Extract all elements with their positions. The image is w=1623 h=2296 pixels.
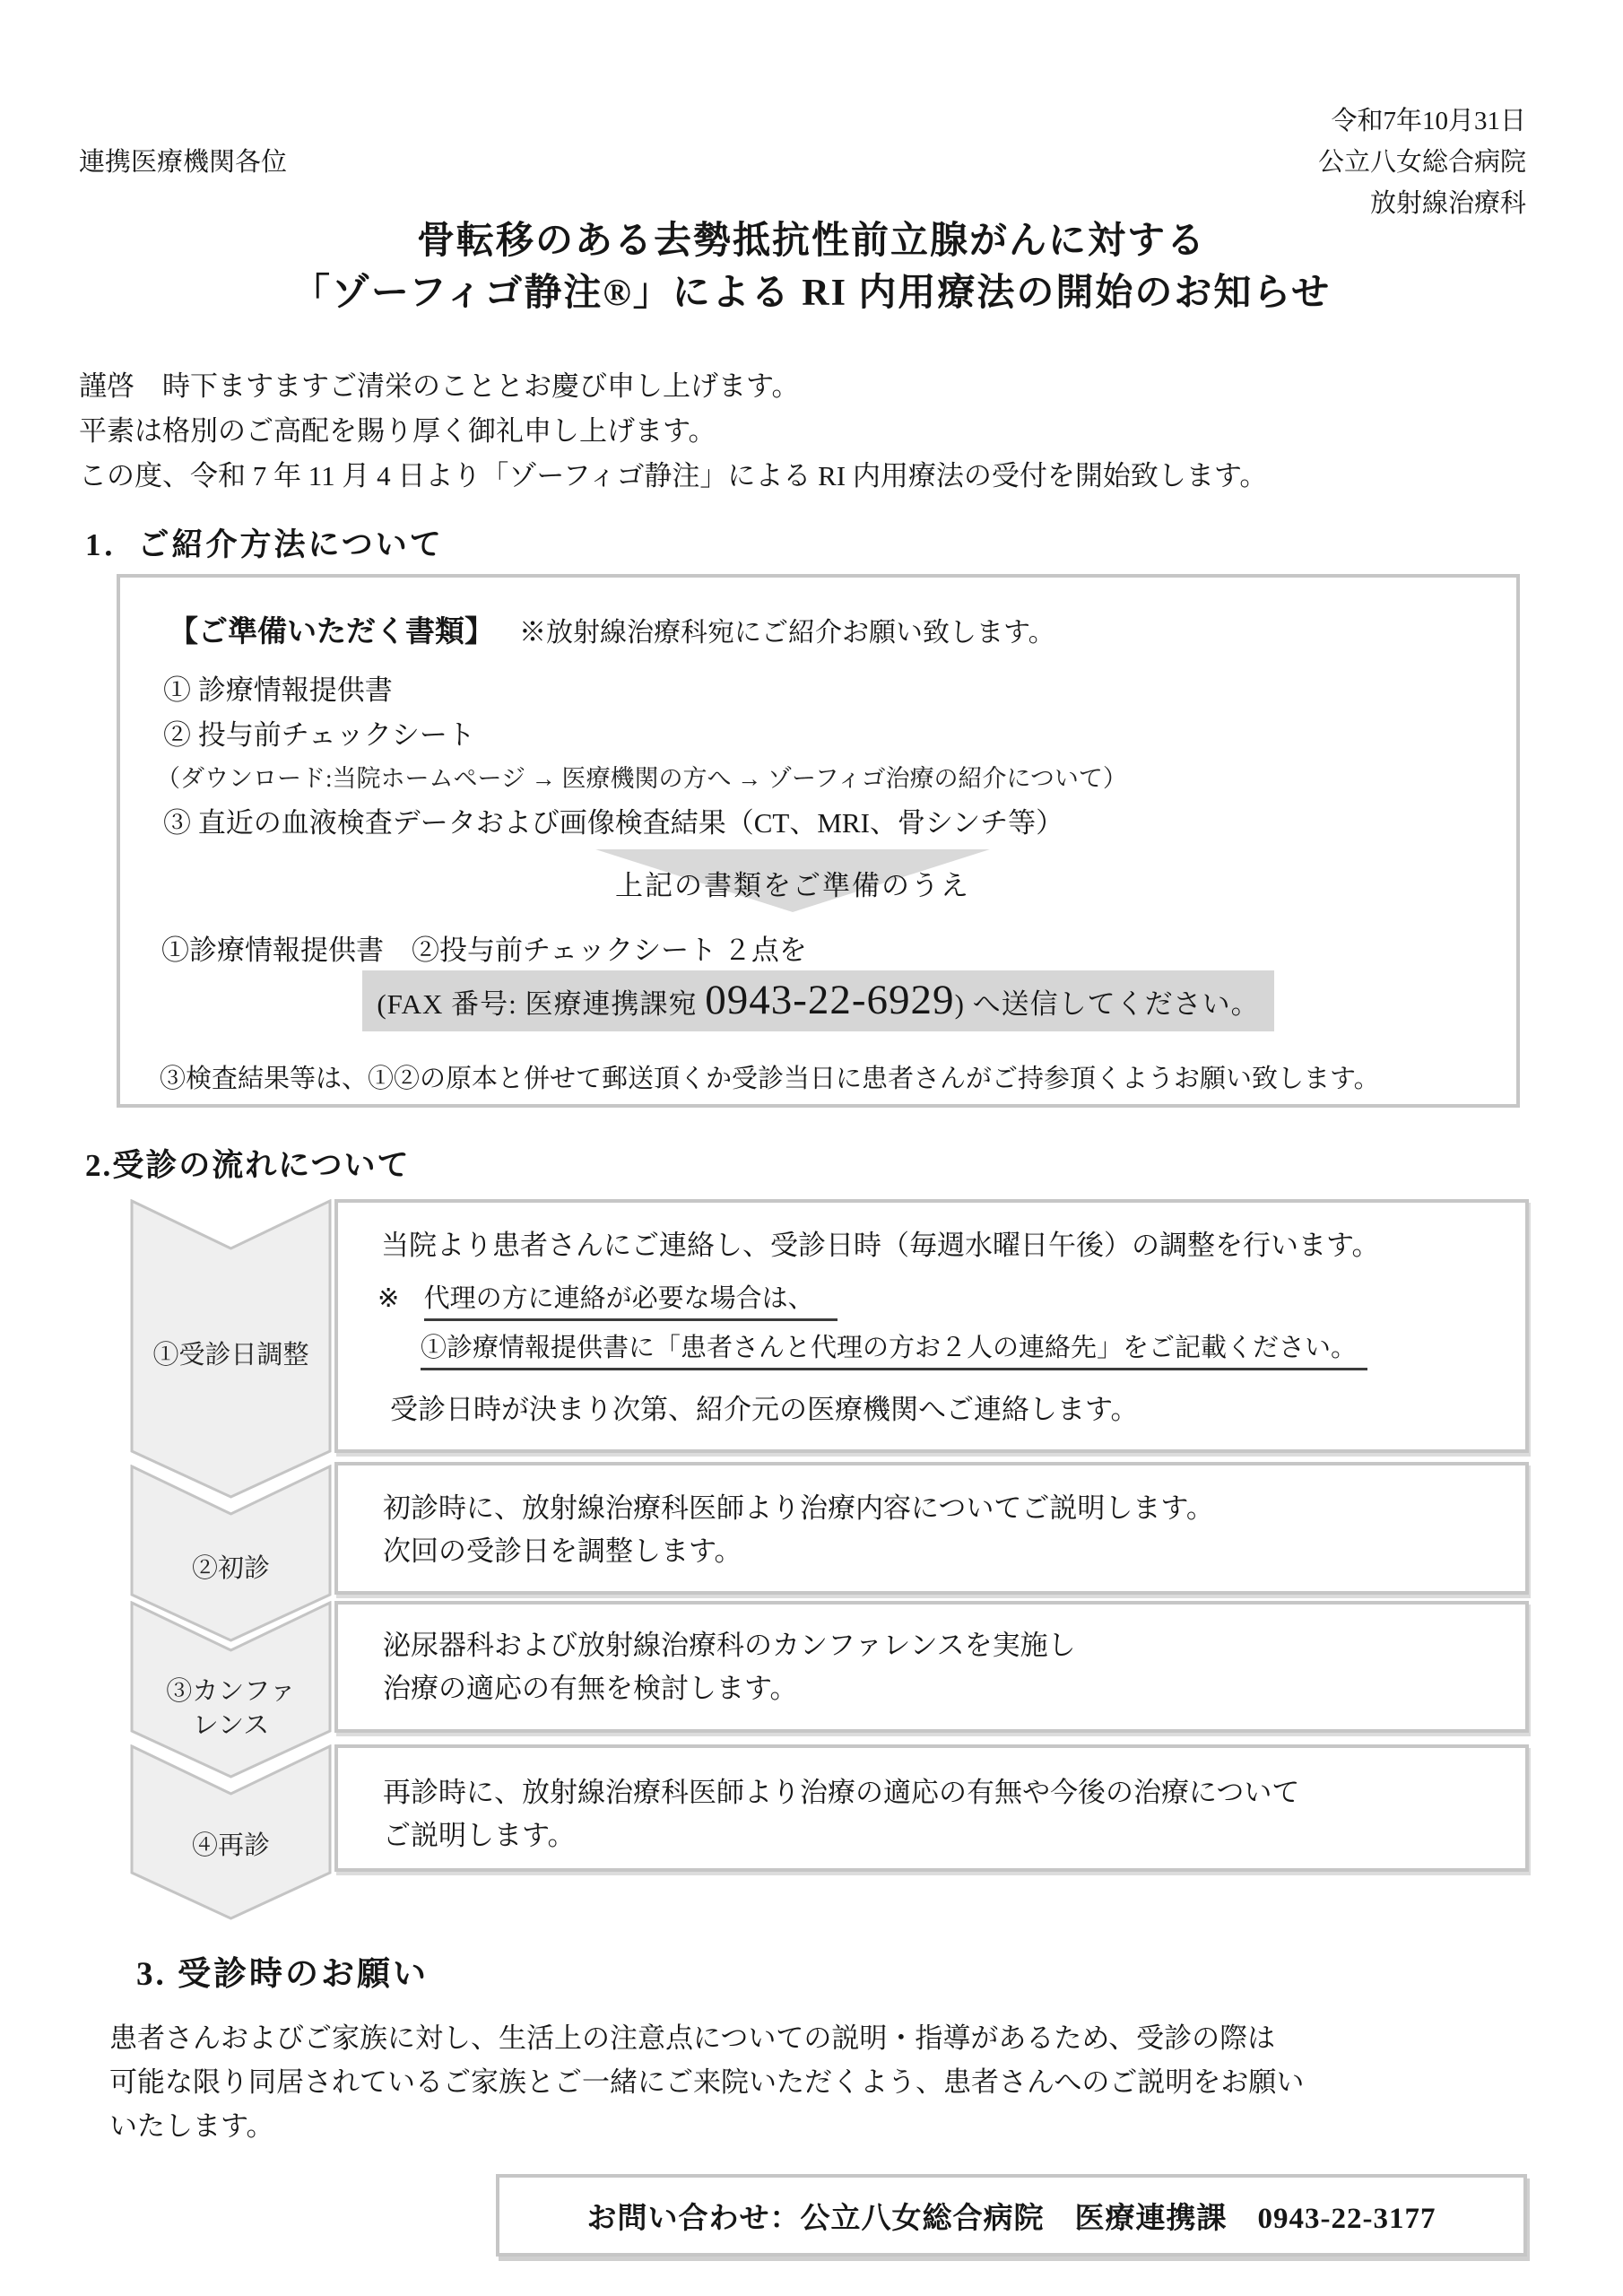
documents-to-send-line: ①診療情報提供書 ②投与前チェックシート ２点を [161,927,807,968]
step1-box: 当院より患者さんにご連絡し、受診日時（毎週水曜日午後）の調整を行います。 ※ 代… [334,1199,1529,1453]
section3-body-line: いたします。 [109,2104,1495,2148]
greeting-line: この度、令和 7 年 11 月 4 日より「ゾーフィゴ静注」による RI 内用療… [79,454,1558,499]
greeting-line: 平素は格別のご高配を賜り厚く御礼申し上げます。 [79,409,1558,454]
step1-note-line2: ①診療情報提供書に「患者さんと代理の方お２人の連絡先」をご記載ください。 [421,1327,1367,1364]
section3-heading: 3. 受診時のお願い [136,1946,429,1995]
document-item-2: ② 投与前チェックシート [163,712,475,752]
section3-body-line: 患者さんおよびご家族に対し、生活上の注意点についての説明・指導があるため、受診の… [109,2016,1495,2060]
section2-heading: 2.受診の流れについて [85,1141,411,1186]
step1-line2: 受診日時が決まり次第、紹介元の医療機関へご連絡します。 [390,1387,1139,1427]
documents-box-header-note: ※放射線治療科宛にご紹介お願い致します。 [519,618,1055,648]
step3-label: ③カンファレンス [160,1674,302,1743]
step2-line1: 初診時に、放射線治療科医師より治療内容についてご説明します。 [383,1485,1214,1526]
hospital-name: 公立八女総合病院 [1318,142,1526,183]
note-marker: ※ [378,1284,399,1313]
step2-label: ②初診 [130,1552,332,1586]
section3-body-line: 可能な限り同居されているご家族とご一緒にご来院いただくよう、患者さんへのご説明を… [109,2060,1495,2104]
step1-note-underline2: ①診療情報提供書に「患者さんと代理の方お２人の連絡先」をご記載ください。 [421,1334,1367,1370]
step3-line2: 治療の適応の有無を検討します。 [383,1665,798,1706]
step4-box: 再診時に、放射線治療科医師より治療の適応の有無や今後の治療について ご説明します… [334,1744,1529,1872]
step3-line1: 泌尿器科および放射線治療科のカンファレンスを実施し [383,1622,1076,1663]
prepare-documents-caption: 上記の書類をご準備のうえ [515,863,1071,903]
issue-date: 令和7年10月31日 [1318,100,1526,142]
greeting-line: 謹啓 時下ますますご清栄のこととお慶び申し上げます。 [79,364,1558,409]
greeting-paragraph: 謹啓 時下ますますご清栄のこととお慶び申し上げます。 平素は格別のご高配を賜り厚… [79,364,1558,499]
step2-box: 初診時に、放射線治療科医師より治療内容についてご説明します。 次回の受診日を調整… [334,1462,1529,1595]
step1-line1: 当院より患者さんにご連絡し、受診日時（毎週水曜日午後）の調整を行います。 [381,1222,1380,1263]
header-right-block: 令和7年10月31日 公立八女総合病院 放射線治療科 [1318,100,1526,224]
documents-box-header-title: 【ご準備いただく書類】 [169,616,494,648]
recipient-line: 連携医療機関各位 [79,142,287,178]
fax-suffix: ) へ送信してください。 [955,988,1260,1020]
step1-label: ①受診日調整 [130,1338,332,1372]
document-title: 骨転移のある去勢抵抗性前立腺がんに対する 「ゾーフィゴ静注®」による RI 内用… [0,215,1623,319]
contact-line: お問い合わせ：公立八女総合病院 医療連携課 0943-22-3177 [587,2195,1436,2237]
documents-box-header: 【ご準備いただく書類】※放射線治療科宛にご紹介お願い致します。 [169,608,1055,650]
section3-body: 患者さんおよびご家族に対し、生活上の注意点についての説明・指導があるため、受診の… [109,2016,1495,2148]
step1-note-underline1: 代理の方に連絡が必要な場合は、 [424,1284,838,1321]
step2-line2: 次回の受診日を調整します。 [383,1528,742,1569]
section1-heading: 1．ご紹介方法について [85,520,444,565]
fax-number: 0943-22-6929 [705,977,954,1023]
fax-instruction-row: (FAX 番号: 医療連携課宛 0943-22-6929) へ送信してください。 [120,970,1516,1031]
document-title-line2: 「ゾーフィゴ静注®」による RI 内用療法の開始のお知らせ [0,267,1623,319]
mailing-note: ③検査結果等は、①②の原本と併せて郵送頂くか受診当日に患者さんがご持参頂くようお… [160,1058,1380,1095]
step3-box: 泌尿器科および放射線治療科のカンファレンスを実施し 治療の適応の有無を検討します… [334,1601,1529,1733]
step4-line1: 再診時に、放射線治療科医師より治療の適応の有無や今後の治療について [383,1770,1299,1810]
contact-box: お問い合わせ：公立八女総合病院 医療連携課 0943-22-3177 [496,2174,1527,2257]
step4-label: ④再診 [130,1829,332,1863]
document-title-line1: 骨転移のある去勢抵抗性前立腺がんに対する [0,215,1623,267]
fax-instruction-highlight: (FAX 番号: 医療連携課宛 0943-22-6929) へ送信してください。 [362,970,1273,1031]
document-page: { "colors": { "highlight_gray": "#d6d6d6… [0,0,1623,2296]
fax-prefix: (FAX 番号: 医療連携課宛 [377,988,705,1020]
download-note: （ダウンロード:当院ホームページ → 医療機関の方へ → ゾーフィゴ治療の紹介に… [156,759,1127,794]
step1-note-line1: ※ 代理の方に連絡が必要な場合は、 [378,1278,838,1315]
document-item-1: ① 診療情報提供書 [163,667,393,708]
flow-chevron-column: ①受診日調整 ②初診 ③カンファレンス ④再診 [130,1199,332,1921]
documents-box: 【ご準備いただく書類】※放射線治療科宛にご紹介お願い致します。 ① 診療情報提供… [117,574,1520,1108]
document-item-3: ③ 直近の血液検査データおよび画像検査結果（CT、MRI、骨シンチ等） [163,800,1063,840]
step4-line2: ご説明します。 [383,1813,576,1853]
